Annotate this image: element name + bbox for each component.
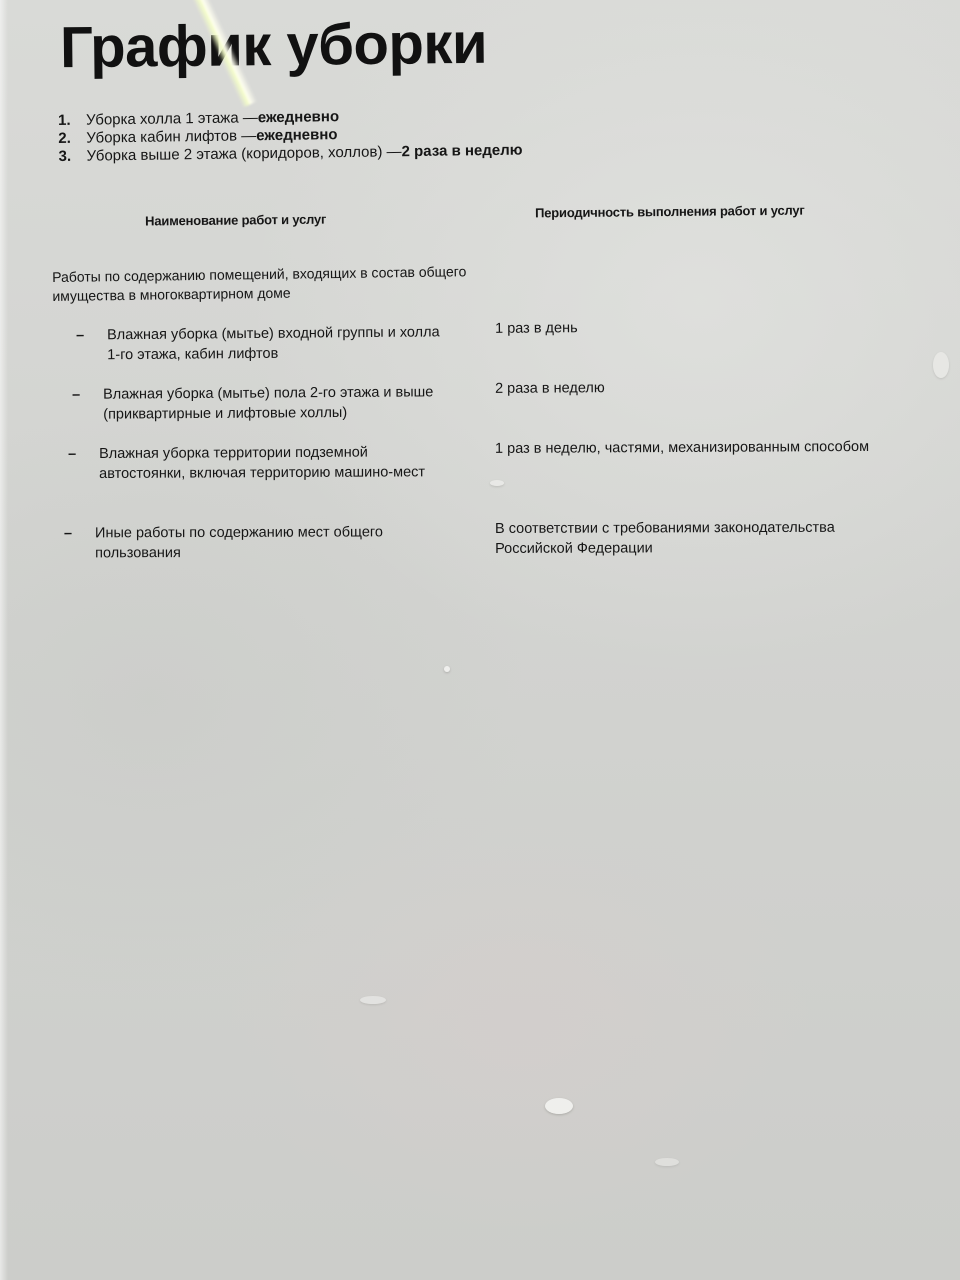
surface-smudge: [444, 666, 450, 672]
summary-item-number: 3.: [59, 148, 87, 166]
surface-smudge: [490, 480, 504, 486]
dash-bullet-icon: –: [64, 523, 72, 543]
surface-smudge: [360, 996, 386, 1004]
summary-item-frequency: ежедневно: [258, 108, 340, 127]
summary-item-frequency: ежедневно: [256, 126, 338, 145]
table-section-intro: Работы по содержанию помещений, входящих…: [52, 262, 482, 306]
surface-smudge: [655, 1158, 679, 1166]
dash-bullet-icon: –: [76, 325, 84, 345]
surface-smudge: [545, 1098, 573, 1114]
summary-item-number: 1.: [58, 112, 86, 130]
work-description: Иные работы по содержанию мест общего по…: [95, 522, 425, 563]
work-periodicity: В соответствии с требованиями законодате…: [495, 518, 895, 559]
dash-bullet-icon: –: [72, 385, 80, 405]
summary-item-text: Уборка кабин лифтов —: [86, 127, 256, 147]
work-description: Влажная уборка (мытье) входной группы и …: [107, 322, 447, 365]
page-title: График уборки: [60, 10, 488, 81]
work-periodicity: 1 раз в день: [495, 315, 935, 339]
summary-item-text: Уборка холла 1 этажа —: [86, 109, 258, 129]
surface-smudge: [933, 352, 949, 378]
summary-item-number: 2.: [58, 130, 86, 148]
column-header-period: Периодичность выполнения работ и услуг: [535, 203, 805, 221]
summary-item-frequency: 2 раза в неделю: [401, 142, 522, 162]
dash-bullet-icon: –: [68, 444, 76, 464]
paper-edge: [0, 0, 8, 1280]
work-description: Влажная уборка (мытье) пола 2-го этажа и…: [103, 382, 443, 424]
paper-sheet: [0, 0, 960, 1280]
work-periodicity: 2 раза в неделю: [495, 376, 935, 399]
work-periodicity: 1 раз в неделю, частями, механизированны…: [495, 437, 935, 459]
summary-list: 1. Уборка холла 1 этажа — ежедневно 2. У…: [58, 106, 523, 166]
work-description: Влажная уборка территории подземной авто…: [99, 442, 429, 484]
column-header-work: Наименование работ и услуг: [145, 212, 326, 229]
